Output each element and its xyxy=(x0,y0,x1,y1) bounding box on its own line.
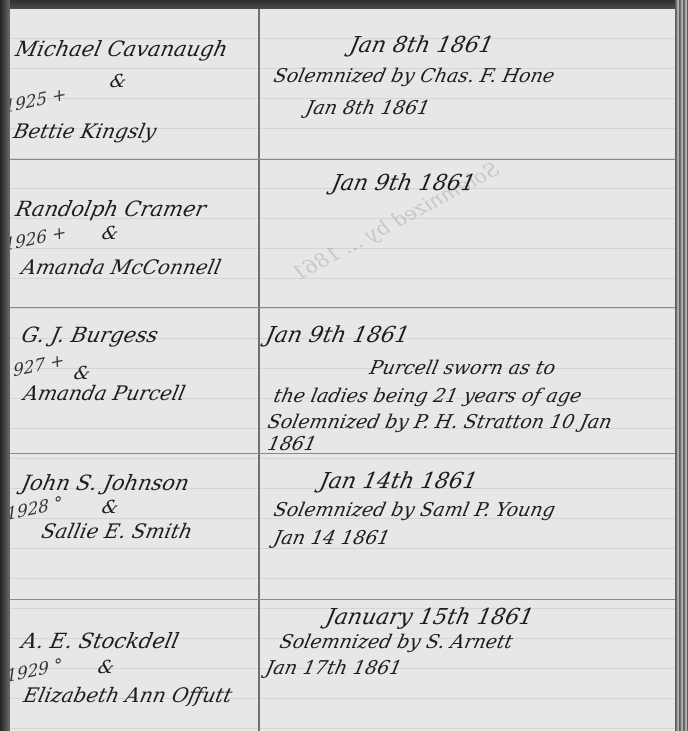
solemnized-by: Solemnized by Chas. F. Hone xyxy=(272,65,557,87)
groom-name: John S. Johnson xyxy=(19,471,191,495)
solemnized-by: Solemnized by S. Arnett xyxy=(278,631,515,653)
solemnized-date: Jan 8th 1861 xyxy=(304,97,432,119)
ampersand: & xyxy=(108,71,128,92)
groom-name: G. J. Burgess xyxy=(19,323,160,347)
book-spine-shadow xyxy=(0,0,10,731)
register-entry-1928: John S. Johnson & 1928 ° Sallie E. Smith… xyxy=(10,453,675,600)
ampersand: & xyxy=(100,223,120,244)
register-entry-1925: Michael Cavanaugh & 1925 + Bettie Kingsl… xyxy=(10,9,675,160)
ampersand: & xyxy=(100,497,120,518)
register-page: Michael Cavanaugh & 1925 + Bettie Kingsl… xyxy=(10,9,675,731)
details-cell: Jan 9th 1861 Purcell sworn as to the lad… xyxy=(260,307,675,453)
names-cell: John S. Johnson & 1928 ° Sallie E. Smith xyxy=(10,453,258,599)
details-cell: Jan 8th 1861 Solemnized by Chas. F. Hone… xyxy=(260,9,675,159)
names-cell: G. J. Burgess & 1927 + Amanda Purcell xyxy=(10,307,258,453)
names-cell: A. E. Stockdell & 1929 ° Elizabeth Ann O… xyxy=(10,599,258,731)
details-cell: January 15th 1861 Solemnized by S. Arnet… xyxy=(260,599,675,731)
groom-name: A. E. Stockdell xyxy=(19,629,181,653)
details-cell: Jan 14th 1861 Solemnized by Saml P. Youn… xyxy=(260,453,675,599)
entry-number: 1925 + xyxy=(10,84,67,117)
solemnized-date: Jan 14 1861 xyxy=(272,527,392,549)
bride-name: Bettie Kingsly xyxy=(11,119,158,143)
bride-name: Amanda Purcell xyxy=(21,381,187,405)
names-cell: Randolph Cramer & 1926 + Amanda McConnel… xyxy=(10,159,258,307)
license-date: Jan 9th 1861 xyxy=(263,323,411,348)
register-entry-1927: G. J. Burgess & 1927 + Amanda Purcell Ja… xyxy=(10,307,675,454)
solemnized-date: Jan 17th 1861 xyxy=(264,657,404,679)
bride-name: Amanda McConnell xyxy=(19,255,223,279)
bride-name: Sallie E. Smith xyxy=(39,519,194,543)
affidavit-note-cont: the ladies being 21 years of age xyxy=(272,385,584,407)
entry-number: 1926 + xyxy=(10,222,67,255)
page-edge-stack xyxy=(675,0,688,731)
groom-name: Randolph Cramer xyxy=(13,197,208,221)
solemnized-year: 1861 xyxy=(266,433,319,455)
affidavit-note: Purcell sworn as to xyxy=(368,357,558,379)
groom-name: Michael Cavanaugh xyxy=(13,37,229,61)
bride-name: Elizabeth Ann Offutt xyxy=(21,683,234,707)
solemnized-by: Solemnized by P. H. Stratton 10 Jan xyxy=(266,411,614,433)
register-entry-1926: Randolph Cramer & 1926 + Amanda McConnel… xyxy=(10,159,675,308)
license-date: January 15th 1861 xyxy=(323,605,536,630)
license-date: Jan 8th 1861 xyxy=(347,33,495,58)
entry-number: 1927 + xyxy=(10,350,65,383)
ampersand: & xyxy=(96,657,116,678)
details-cell: Jan 9th 1861 Solemnized by ... 1861 xyxy=(260,159,675,307)
license-date: Jan 14th 1861 xyxy=(317,469,479,494)
register-entry-1929: A. E. Stockdell & 1929 ° Elizabeth Ann O… xyxy=(10,599,675,731)
names-cell: Michael Cavanaugh & 1925 + Bettie Kingsl… xyxy=(10,9,258,159)
solemnized-by: Solemnized by Saml P. Young xyxy=(272,499,558,521)
